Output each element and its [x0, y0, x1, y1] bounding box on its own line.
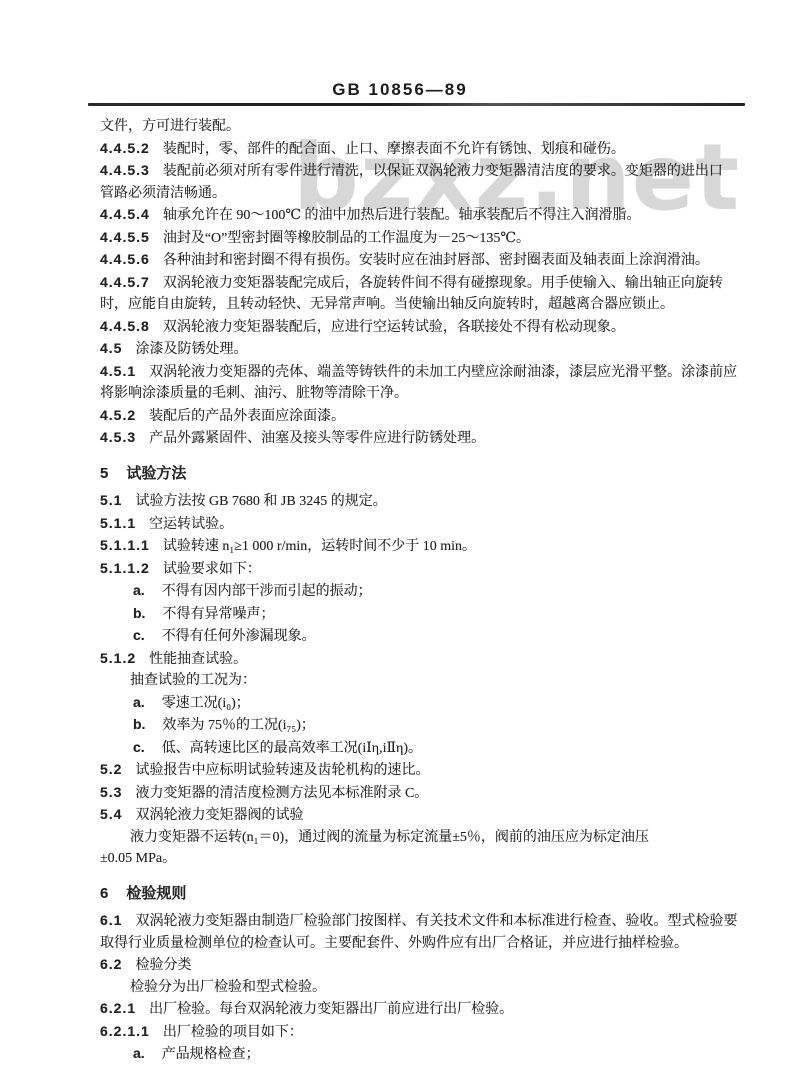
clause-4-4-5-8: 4.4.5.8双涡轮液力变矩器装配后，应进行空运转试验，各联接处不得有松动现象。	[100, 316, 750, 339]
clause-number: 4.5.2	[100, 407, 136, 423]
list-item-c: c.低、高转速比区的最高效率工况(iⅠη,iⅡη)。	[100, 737, 750, 760]
clause-text: 出厂检验的项目如下：	[163, 1025, 303, 1040]
list-text: 不得有任何外渗漏现象。	[162, 629, 316, 644]
clause-4-4-5-3: 4.4.5.3装配前必须对所有零件进行清洗，以保证双涡轮液力变矩器清洁度的要求。…	[100, 160, 750, 183]
body-text: 抽查试验的工况为：	[130, 673, 256, 688]
body-text: ±0.05 MPa。	[100, 851, 176, 866]
section-heading-5: 5试验方法	[100, 463, 750, 485]
clause-number: 4.4.5.7	[100, 274, 150, 290]
clause-4-5-1: 4.5.1双涡轮液力变矩器的壳体、端盖等铸铁件的未加工内壁应涂耐油漆，漆层应光滑…	[100, 361, 750, 384]
clause-text: 试验方法按 GB 7680 和 JB 3245 的规定。	[135, 494, 386, 509]
indent-paragraph: 液力变矩器不运转(n₁＝0)，通过阀的流量为标定流量±5％，阀前的油压应为标定油…	[100, 827, 750, 849]
clause-number: 5.4	[100, 806, 122, 822]
clause-text: 涂漆及防锈处理。	[135, 342, 247, 357]
clause-4-4-5-7: 4.4.5.7双涡轮液力变矩器装配完成后，各旋转件间不得有碰擦现象。用手使输入、…	[100, 272, 750, 295]
clause-number: 4.5.1	[100, 363, 136, 379]
section-heading-6: 6检验规则	[100, 883, 750, 905]
clause-number: 4.5	[100, 340, 122, 356]
body-text: 时，应能自由旋转，且转动轻快、无异常声响。当使输出轴反向旋转时，超越离合器应锁止…	[100, 297, 674, 312]
list-marker: c.	[133, 739, 145, 755]
list-item-a: a.不得有因内部干涉而引起的振动；	[100, 580, 750, 603]
clause-number: 5.1.1	[100, 515, 136, 531]
clause-text: 液力变矩器的清洁度检测方法见本标准附录 C。	[135, 786, 428, 801]
clause-number: 4.4.5.2	[100, 140, 150, 156]
continuation-line: 将影响涂漆质量的毛刺、油污、脏物等清除干净。	[100, 383, 750, 405]
clause-text: 出厂检验。每台双涡轮液力变矩器出厂前应进行出厂检验。	[149, 1002, 513, 1017]
clause-text: 装配前必须对所有零件进行清洗，以保证双涡轮液力变矩器清洁度的要求。变矩器的进出口	[163, 164, 723, 179]
list-marker: b.	[133, 605, 145, 621]
clause-4-4-5-5: 4.4.5.5油封及“O”型密封圈等橡胶制品的工作温度为－25～135℃。	[100, 227, 750, 250]
clause-text: 性能抽查试验。	[149, 652, 247, 667]
heading-text: 检验规则	[126, 885, 186, 902]
continuation-line: 文件，方可进行装配。	[100, 116, 750, 138]
body-text: 液力变矩器不运转(n₁＝0)，通过阀的流量为标定流量±5％，阀前的油压应为标定油…	[130, 830, 649, 845]
body-text: 取得行业质量检测单位的检查认可。主要配套件、外购件应有出厂合格证，并应进行抽样检…	[100, 936, 688, 951]
clause-5-1: 5.1试验方法按 GB 7680 和 JB 3245 的规定。	[100, 490, 750, 513]
clause-text: 双涡轮液力变矩器由制造厂检验部门按图样、有关技术文件和本标准进行检查、验收。型式…	[135, 914, 737, 929]
clause-number: 5.1	[100, 492, 122, 508]
clause-number: 4.4.5.5	[100, 229, 150, 245]
list-text: 零速工况(i₀)；	[162, 696, 250, 711]
clause-number: 4.5.3	[100, 429, 136, 445]
continuation-line: 时，应能自由旋转，且转动轻快、无异常声响。当使输出轴反向旋转时，超越离合器应锁止…	[100, 294, 750, 316]
list-marker: c.	[133, 627, 145, 643]
clause-text: 轴承允许在 90～100℃ 的油中加热后进行装配。轴承装配后不得注入润滑脂。	[163, 208, 641, 223]
clause-number: 4.4.5.3	[100, 162, 150, 178]
clause-4-5: 4.5涂漆及防锈处理。	[100, 338, 750, 361]
indent-paragraph: 检验分为出厂检验和型式检验。	[100, 977, 750, 999]
clause-text: 油封及“O”型密封圈等橡胶制品的工作温度为－25～135℃。	[163, 231, 530, 246]
clause-6-2: 6.2检验分类	[100, 954, 750, 977]
clause-number: 5.2	[100, 761, 122, 777]
list-item-b: b.效率为 75％的工况(i₇₅)；	[100, 714, 750, 737]
clause-4-4-5-2: 4.4.5.2装配时，零、部件的配合面、止口、摩擦表面不允许有锈蚀、划痕和碰伤。	[100, 138, 750, 161]
clause-text: 双涡轮液力变矩器阀的试验	[135, 808, 303, 823]
clause-5-1-2: 5.1.2性能抽查试验。	[100, 648, 750, 671]
clause-text: 产品外露紧固件、油塞及接头等零件应进行防锈处理。	[149, 431, 485, 446]
clause-text: 试验报告中应标明试验转速及齿轮机构的速比。	[135, 763, 429, 778]
list-text: 产品规格检查；	[162, 1047, 260, 1062]
list-item-a: a.产品规格检查；	[100, 1043, 750, 1066]
clause-number: 4.4.5.8	[100, 318, 150, 334]
list-item-c: c.不得有任何外渗漏现象。	[100, 625, 750, 648]
clause-text: 空运转试验。	[149, 517, 233, 532]
list-item-b: b.不得有异常噪声；	[100, 603, 750, 626]
clause-text: 试验要求如下：	[163, 562, 261, 577]
clause-text: 检验分类	[135, 958, 191, 973]
clause-4-5-2: 4.5.2装配后的产品外表面应涂面漆。	[100, 405, 750, 428]
clause-text: 双涡轮液力变矩器装配后，应进行空运转试验，各联接处不得有松动现象。	[163, 320, 625, 335]
list-marker: a.	[133, 582, 145, 598]
list-text: 低、高转速比区的最高效率工况(iⅠη,iⅡη)。	[162, 741, 422, 756]
clause-4-5-3: 4.5.3产品外露紧固件、油塞及接头等零件应进行防锈处理。	[100, 427, 750, 450]
clause-number: 5.1.1.1	[100, 537, 150, 553]
heading-number: 5	[100, 465, 109, 482]
list-marker: a.	[133, 1045, 145, 1061]
list-marker: b.	[133, 716, 145, 732]
list-text: 不得有异常噪声；	[162, 607, 274, 622]
clause-number: 6.2.1	[100, 1000, 136, 1016]
list-text: 不得有因内部干涉而引起的振动；	[162, 584, 372, 599]
clause-5-1-1: 5.1.1空运转试验。	[100, 513, 750, 536]
clause-text: 装配时，零、部件的配合面、止口、摩擦表面不允许有锈蚀、划痕和碰伤。	[163, 142, 625, 157]
list-item-a: a.零速工况(i₀)；	[100, 692, 750, 715]
continuation-line: ±0.05 MPa。	[100, 848, 750, 870]
body-text: 检验分为出厂检验和型式检验。	[130, 980, 326, 995]
clause-number: 5.3	[100, 784, 122, 800]
heading-text: 试验方法	[126, 465, 186, 482]
clause-number: 4.4.5.6	[100, 251, 150, 267]
indent-paragraph: 抽查试验的工况为：	[100, 670, 750, 692]
clause-number: 6.2	[100, 956, 122, 972]
continuation-line: 管路必须清洁畅通。	[100, 183, 750, 205]
clause-text: 双涡轮液力变矩器的壳体、端盖等铸铁件的未加工内壁应涂耐油漆，漆层应光滑平整。涂漆…	[149, 365, 737, 380]
clause-4-4-5-4: 4.4.5.4轴承允许在 90～100℃ 的油中加热后进行装配。轴承装配后不得注…	[100, 204, 750, 227]
heading-number: 6	[100, 885, 109, 902]
clause-6-2-1-1: 6.2.1.1出厂检验的项目如下：	[100, 1021, 750, 1044]
scanned-standard-page: GB 10856—89 bzxz.net 文件，方可进行装配。 4.4.5.2装…	[0, 0, 800, 1091]
clause-number: 6.2.1.1	[100, 1023, 150, 1039]
clause-number: 4.4.5.4	[100, 206, 150, 222]
clause-4-4-5-6: 4.4.5.6各种油封和密封圈不得有损伤。安装时应在油封唇部、密封圈表面及轴表面…	[100, 249, 750, 272]
clause-text: 装配后的产品外表面应涂面漆。	[149, 409, 345, 424]
list-marker: a.	[133, 694, 145, 710]
standard-number: GB 10856—89	[0, 80, 800, 100]
list-text: 效率为 75％的工况(i₇₅)；	[162, 718, 314, 733]
clause-5-1-1-2: 5.1.1.2试验要求如下：	[100, 558, 750, 581]
clause-number: 5.1.1.2	[100, 560, 150, 576]
body-text: 将影响涂漆质量的毛刺、油污、脏物等清除干净。	[100, 386, 408, 401]
clause-5-4: 5.4双涡轮液力变矩器阀的试验	[100, 804, 750, 827]
body-text: 管路必须清洁畅通。	[100, 186, 226, 201]
clause-5-1-1-1: 5.1.1.1试验转速 n₁≥1 000 r/min，运转时间不少于 10 mi…	[100, 535, 750, 558]
document-content: 文件，方可进行装配。 4.4.5.2装配时，零、部件的配合面、止口、摩擦表面不允…	[100, 116, 750, 1066]
continuation-line: 取得行业质量检测单位的检查认可。主要配套件、外购件应有出厂合格证，并应进行抽样检…	[100, 933, 750, 955]
body-text: 文件，方可进行装配。	[100, 119, 240, 134]
clause-number: 6.1	[100, 912, 122, 928]
header-rule	[88, 103, 745, 106]
clause-text: 双涡轮液力变矩器装配完成后，各旋转件间不得有碰擦现象。用手使输入、输出轴正向旋转	[163, 276, 723, 291]
clause-6-2-1: 6.2.1出厂检验。每台双涡轮液力变矩器出厂前应进行出厂检验。	[100, 998, 750, 1021]
clause-number: 5.1.2	[100, 650, 136, 666]
clause-5-3: 5.3液力变矩器的清洁度检测方法见本标准附录 C。	[100, 782, 750, 805]
clause-5-2: 5.2试验报告中应标明试验转速及齿轮机构的速比。	[100, 759, 750, 782]
clause-text: 试验转速 n₁≥1 000 r/min，运转时间不少于 10 min。	[163, 539, 476, 554]
clause-text: 各种油封和密封圈不得有损伤。安装时应在油封唇部、密封圈表面及轴表面上涂润滑油。	[163, 253, 709, 268]
clause-6-1: 6.1双涡轮液力变矩器由制造厂检验部门按图样、有关技术文件和本标准进行检查、验收…	[100, 910, 750, 933]
